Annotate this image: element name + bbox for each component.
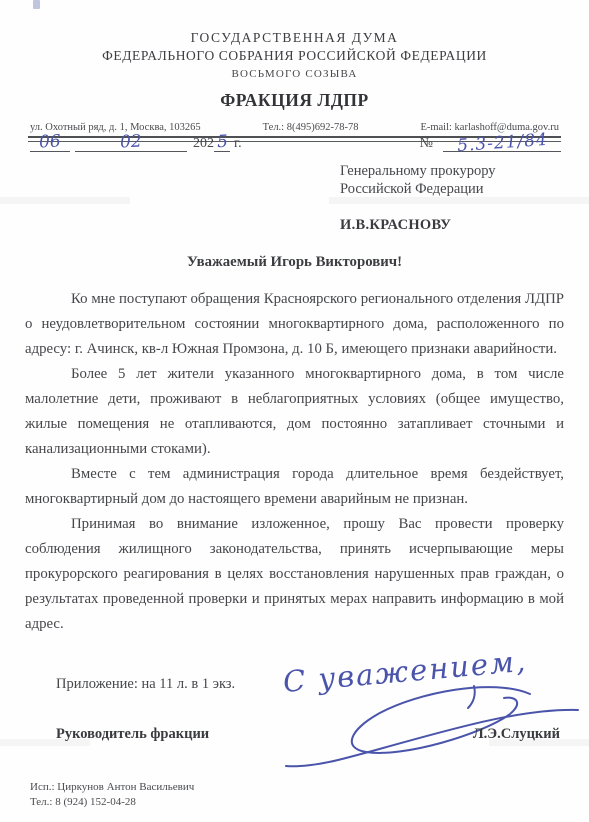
recipient-name: И.В.КРАСНОВУ bbox=[340, 217, 496, 235]
number-group: № 5.3-21/84 bbox=[420, 131, 561, 152]
executor-name: Исп.: Циркунов Антон Васильевич bbox=[30, 780, 194, 795]
handwritten-day: 06 bbox=[39, 131, 62, 152]
signer-position: Руководитель фракции bbox=[56, 726, 209, 743]
recipient-line2: Российской Федерации bbox=[340, 181, 496, 199]
handwritten-month: 02 bbox=[120, 131, 143, 152]
date-day-blank: 06 bbox=[30, 131, 70, 152]
body-paragraph: Вместе с тем администрация города длител… bbox=[25, 462, 564, 512]
recipient-block: Генеральному прокурору Российской Федера… bbox=[340, 163, 496, 235]
handwritten-year-digit: 5 bbox=[216, 132, 228, 153]
executor-phone: Тел.: 8 (924) 152-04-28 bbox=[30, 795, 194, 810]
signature-comma bbox=[468, 686, 475, 708]
org-convocation: ВОСЬМОГО СОЗЫВА bbox=[0, 68, 589, 80]
signature-greeting: С уважением, bbox=[282, 648, 529, 699]
attachment-note: Приложение: на 11 л. в 1 экз. bbox=[56, 676, 235, 693]
letter-page: ГОСУДАРСТВЕННАЯ ДУМА ФЕДЕРАЛЬНОГО СОБРАН… bbox=[0, 0, 589, 822]
body-paragraph: Ко мне поступают обращения Красноярского… bbox=[25, 287, 564, 362]
executor-footer: Исп.: Циркунов Антон Васильевич Тел.: 8 … bbox=[30, 780, 194, 810]
faction-title: ФРАКЦИЯ ЛДПР bbox=[0, 90, 589, 111]
number-label: № bbox=[420, 136, 433, 152]
date-month-blank: 02 bbox=[75, 131, 187, 152]
year-blank: 5 bbox=[214, 131, 230, 152]
letter-body: Ко мне поступают обращения Красноярского… bbox=[25, 287, 564, 637]
signer-name: Л.Э.Слуцкий bbox=[473, 726, 560, 743]
body-paragraph: Более 5 лет жители указанного многокварт… bbox=[25, 362, 564, 462]
letterhead: ГОСУДАРСТВЕННАЯ ДУМА ФЕДЕРАЛЬНОГО СОБРАН… bbox=[0, 0, 589, 142]
handwritten-number: 5.3-21/84 bbox=[456, 130, 548, 156]
scan-corner-mark bbox=[33, 0, 40, 9]
date-group: 06 02 2025 г. bbox=[30, 131, 242, 152]
number-blank: 5.3-21/84 bbox=[443, 131, 561, 152]
salutation: Уважаемый Игорь Викторович! bbox=[25, 254, 564, 271]
printed-year: 202 bbox=[193, 136, 214, 152]
org-name-line1: ГОСУДАРСТВЕННАЯ ДУМА bbox=[0, 30, 589, 46]
org-name-line2: ФЕДЕРАЛЬНОГО СОБРАНИЯ РОССИЙСКОЙ ФЕДЕРАЦ… bbox=[0, 48, 589, 64]
recipient-line1: Генеральному прокурору bbox=[340, 163, 496, 181]
body-paragraph: Принимая во внимание изложенное, прошу В… bbox=[25, 512, 564, 637]
year-suffix: г. bbox=[234, 136, 242, 152]
scan-artifact bbox=[0, 197, 130, 204]
handwritten-signature: С уважением, bbox=[278, 648, 588, 773]
reference-row: 06 02 2025 г. № 5.3-21/84 bbox=[30, 131, 561, 152]
